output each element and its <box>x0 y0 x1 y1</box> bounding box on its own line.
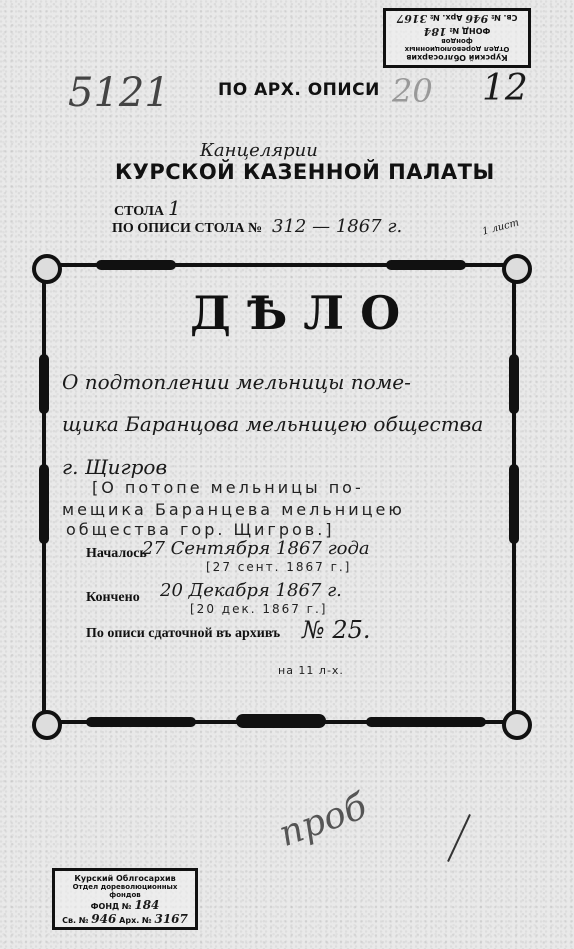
inventory-desk-label: ПО ОПИСИ СТОЛА № <box>112 221 262 236</box>
frame-ornament <box>96 260 176 270</box>
subject-transcription-2: мещика Баранцева мельницею <box>62 500 405 519</box>
subject-transcription-3: общества гор. Щигров.] <box>66 520 335 539</box>
stamp-line-archive: Курский Облгосархив <box>57 874 193 883</box>
frame-ornament <box>366 717 486 727</box>
frame-ornament <box>509 464 519 544</box>
stamp-line-sv-arh: Св. № 946 Арх. № 3167 <box>57 913 193 927</box>
ended-handwritten: 20 Декабря 1867 г. <box>160 580 342 601</box>
inventory-desk-line: ПО ОПИСИ СТОЛА № 312 — 1867 г. <box>112 216 402 237</box>
archive-inventory-scribble: 20 <box>392 72 433 110</box>
started-transcription: [27 сент. 1867 г.] <box>206 560 351 574</box>
archive-delivered-number: № 25. <box>302 616 371 644</box>
frame-ornament <box>39 464 49 544</box>
frame-corner <box>502 254 532 284</box>
stamp-line-archive: Курский Облгосархив <box>388 53 526 62</box>
ended-label: Кончено <box>86 590 140 606</box>
stamp-fond-number: 184 <box>424 25 447 38</box>
archive-stamp-bottom: Курский Облгосархив Отдел дореволюционны… <box>52 868 198 930</box>
stamp-line-department: Отдел дореволюционных фондов <box>57 883 193 899</box>
ended-transcription: [20 дек. 1867 г.] <box>190 602 327 616</box>
frame-ornament <box>386 260 466 270</box>
frame-ornament <box>509 354 519 414</box>
institution-title: КУРСКОЙ КАЗЕННОЙ ПАЛАТЫ <box>115 160 495 184</box>
archive-stamp-top: Курский Облгосархив Отдел дореволюционны… <box>383 8 531 68</box>
started-label: Началось <box>86 546 147 562</box>
case-heading: ДѢЛО <box>190 286 416 340</box>
handwritten-chancellery: Канцелярии <box>200 140 318 161</box>
subject-transcription-1: [О потопе мельницы по- <box>92 478 364 497</box>
margin-stroke <box>447 814 471 862</box>
frame-ornament <box>39 354 49 414</box>
stamp-line-fond: ФОНД № 184 <box>57 899 193 913</box>
sheets-note: на 11 л-х. <box>278 664 344 677</box>
subject-line-1: О подтоплении мельницы поме- <box>62 370 411 394</box>
frame-corner <box>32 710 62 740</box>
archive-inventory-label: ПО АРХ. ОПИСИ <box>218 80 380 100</box>
stamp-line-sv-arh: Св. № 946 Арх. № 3167 <box>388 11 526 24</box>
subject-line-3: г. Щигров <box>62 455 167 479</box>
frame-ornament <box>236 714 326 728</box>
handwritten-number-top-right: 12 <box>482 68 528 109</box>
frame-corner <box>502 710 532 740</box>
right-margin-note: 1 лист <box>481 217 520 237</box>
archive-delivered-label: По описи сдаточной въ архивъ <box>86 626 280 642</box>
started-handwritten: 27 Сентября 1867 года <box>142 538 370 559</box>
frame-ornament <box>86 717 196 727</box>
frame-corner <box>32 254 62 284</box>
stamp-line-department: Отдел дореволюционных фондов <box>388 37 526 53</box>
stamp-fond-number: 184 <box>134 898 159 912</box>
handwritten-number-top-left: 5121 <box>68 70 170 116</box>
subject-line-2: щика Баранцова мельницею общества <box>62 412 483 436</box>
bottom-scribble: проб <box>274 786 372 855</box>
stamp-line-fond: ФОНД № 184 <box>388 24 526 37</box>
inventory-desk-value: 312 — 1867 г. <box>272 216 402 237</box>
